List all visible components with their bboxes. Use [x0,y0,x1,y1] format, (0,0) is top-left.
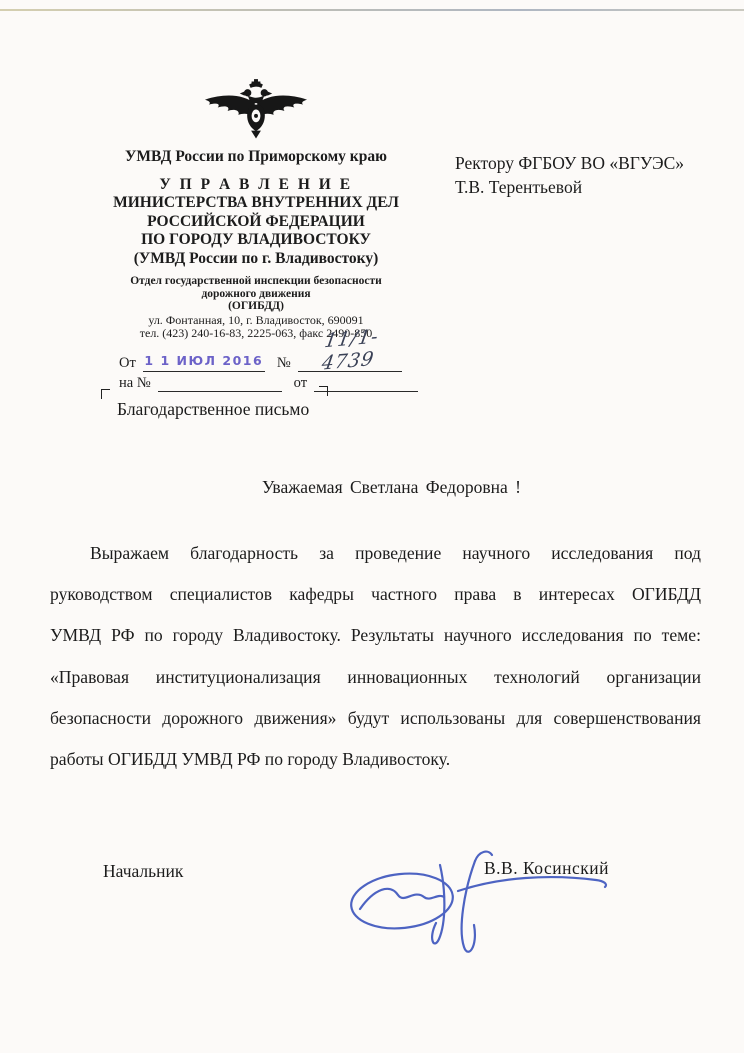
letterhead-region-line: УМВД России по Приморскому краю [93,148,419,166]
body-line: руководством специалистов кафедры частно… [50,574,701,615]
letter-title: Благодарственное письмо [117,399,309,420]
ref-reply-label: на № [119,375,151,392]
body-line: безопасности дорожного движения» будут и… [50,698,701,739]
ref-from-label: От [119,355,136,372]
letterhead-address: ул. Фонтанная, 10, г. Владивосток, 69009… [93,314,419,327]
scan-edge-line [0,9,744,11]
letterhead-dept-line: (ОГИБДД) [93,300,419,313]
reference-row-outgoing: От 1 1 ИЮЛ 2016 № 11/1-4739 [119,327,418,372]
reference-block: От 1 1 ИЮЛ 2016 № 11/1-4739 на № от [119,327,418,395]
outgoing-number-handwritten: 11/1-4739 [294,323,405,377]
date-field: 1 1 ИЮЛ 2016 [143,354,265,372]
ref-number-label: № [277,355,291,372]
greeting: Уважаемая Светлана Федоровна ! [262,477,521,498]
reply-date-field [314,391,418,392]
scanned-letter-page: УМВД России по Приморскому краю У П Р А … [0,0,744,1053]
mvd-eagle-emblem-icon [202,78,310,142]
outgoing-number-field: 11/1-4739 [298,327,402,372]
letterhead-org-line: У П Р А В Л Е Н И Е [93,175,419,194]
letterhead-org-line: РОССИЙСКОЙ ФЕДЕРАЦИИ [93,213,419,232]
date-stamp: 1 1 ИЮЛ 2016 [144,353,263,368]
addressee-line: Ректору ФГБОУ ВО «ВГУЭС» [455,152,684,176]
address-frame-corner-right [319,386,328,396]
letterhead-dept-line: Отдел государственной инспекции безопасн… [93,275,419,288]
letter-body: Выражаем благодарность за проведение нау… [50,533,701,780]
ref-reply-from-label: от [294,375,307,392]
reference-row-reply: на № от [119,375,418,392]
addressee-line: Т.В. Терентьевой [455,176,684,200]
letterhead: УМВД России по Приморскому краю У П Р А … [93,78,419,340]
address-frame-corner-left [101,389,110,399]
letterhead-org-line: МИНИСТЕРСТВА ВНУТРЕННИХ ДЕЛ [93,194,419,213]
reply-number-field [158,391,282,392]
body-line: УМВД РФ по городу Владивостоку. Результа… [50,615,701,656]
letterhead-dept-line: дорожного движения [93,288,419,301]
signer-position-title: Начальник [103,861,183,882]
body-line: работы ОГИБДД УМВД РФ по городу Владивос… [50,739,701,780]
body-line: Выражаем благодарность за проведение нау… [50,533,701,574]
body-line: «Правовая институционализация инновацион… [50,657,701,698]
signer-name: В.В. Косинский [484,858,609,879]
addressee-block: Ректору ФГБОУ ВО «ВГУЭС» Т.В. Терентьево… [455,152,684,199]
letterhead-org-line: (УМВД России по г. Владивостоку) [93,250,419,269]
letterhead-org-line: ПО ГОРОДУ ВЛАДИВОСТОКУ [93,231,419,250]
